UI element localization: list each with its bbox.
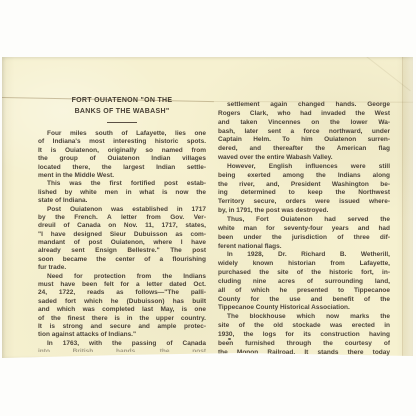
text-line: Need for protection from the Indians	[38, 273, 206, 281]
text-line: soon became the center of a flourishing	[38, 256, 206, 264]
page-title-line: FORT OUIATENON "ON THE	[38, 96, 206, 107]
text-line: already sent Ensign Bellestre." The post	[38, 247, 206, 255]
paragraph: Need for protection from the Indiansmust…	[38, 273, 206, 340]
text-line: of Indiana's most interesting historic s…	[38, 138, 206, 146]
text-line: Tippecanoe County Historical Association…	[218, 304, 390, 313]
paragraph: settlement again changed hands. GeorgeRo…	[218, 101, 390, 163]
paragraph: In 1928, Dr. Richard B. Wetherill,widely…	[218, 251, 390, 313]
text-line: and taken Vincennes on the lower Wa-	[218, 119, 390, 128]
text-line: Thus, Fort Ouiatenon had served the	[218, 216, 390, 225]
text-line: the river, and, President Washington be-	[218, 181, 390, 190]
pamphlet-page: FORT OUIATENON "ON THE BANKS OF THE WABA…	[2, 57, 413, 358]
text-line: Post Ouiatenon was established in 1717	[38, 206, 206, 214]
text-line: by, in 1791, the post was destroyed.	[218, 207, 390, 216]
text-line: tion against attacks of Indians."	[38, 331, 206, 339]
text-line: Territory secure, orders were issued whe…	[218, 198, 390, 207]
text-line: However, English influences were still	[218, 163, 390, 172]
text-line: the Monon Railroad. It stands there toda…	[218, 349, 390, 358]
paragraph: The blockhouse which now marks thesite o…	[218, 313, 390, 357]
text-line: into British hands, the post	[38, 348, 206, 352]
paragraph: Four miles south of Lafayette, lies oneo…	[38, 130, 206, 180]
text-line: all of which he presented to Tippecanoe	[218, 287, 390, 296]
paper-fold-shading	[403, 57, 413, 358]
text-line: of the finest there is in the upper coun…	[38, 315, 206, 323]
page-title: FORT OUIATENON "ON THE BANKS OF THE WABA…	[38, 96, 206, 123]
text-line: by the French. A letter from Gov. Ver-	[38, 214, 206, 222]
text-line: fur trade.	[38, 264, 206, 272]
left-column: Four miles south of Lafayette, lies oneo…	[38, 130, 206, 352]
text-line: been furnished through the courtesy of	[218, 340, 390, 349]
text-line: Rogers Clark, who had invaded the West	[218, 110, 390, 119]
text-line: Captain Helm. To him Ouiatenon surren-	[218, 136, 390, 145]
paragraph: In 1763, with the passing of Canadainto …	[38, 340, 206, 352]
text-line: being exerted among the Indians along	[218, 172, 390, 181]
paragraph: However, English influences were stillbe…	[218, 163, 390, 216]
text-line: In 1763, with the passing of Canada	[38, 340, 206, 348]
text-line: The blockhouse which now marks the	[218, 313, 390, 322]
text-line: been under the jurisdiction of three dif…	[218, 234, 390, 243]
text-line: 24, 1722, reads as follows—"The palli-	[38, 289, 206, 297]
text-line: ment in the Middle West.	[38, 172, 206, 180]
title-divider	[107, 122, 137, 123]
text-line: state of Indiana.	[38, 197, 206, 205]
paragraph: Post Ouiatenon was established in 1717by…	[38, 206, 206, 273]
text-line: mandant of post Ouiatenon, where I have	[38, 239, 206, 247]
text-line: This was the first fortified post estab-	[38, 180, 206, 188]
text-line: ferent national flags.	[218, 243, 390, 252]
text-line: It is Ouiatenon, originally so named fro…	[38, 147, 206, 155]
text-line: located there, the largest Indian settle…	[38, 164, 206, 172]
text-line: and which was completed last May, is one	[38, 306, 206, 314]
text-line: widely known historian from Lafayette,	[218, 260, 390, 269]
paragraph: This was the first fortified post estab-…	[38, 180, 206, 205]
text-line: purchased the site of the historic fort,…	[218, 269, 390, 278]
text-line: It is strong and secure and ample protec…	[38, 323, 206, 331]
text-line: must have been felt for a letter dated O…	[38, 281, 206, 289]
text-line: bash, later sent a force northward, unde…	[218, 128, 390, 137]
text-line: saded fort which he (Dubuisson) has buil…	[38, 298, 206, 306]
text-line: site of the old stockade was erected in	[218, 322, 390, 331]
text-line: Four miles south of Lafayette, lies one	[38, 130, 206, 138]
text-line: white man for seventy-four years and had	[218, 225, 390, 234]
page-title-line: BANKS OF THE WABASH"	[38, 107, 206, 118]
text-line: 1930, the logs for its construction havi…	[218, 331, 390, 340]
text-line: dered, and thereafter the American flag	[218, 145, 390, 154]
text-line: In 1928, Dr. Richard B. Wetherill,	[218, 251, 390, 260]
text-line: County for the use and benefit of the	[218, 296, 390, 305]
text-line: ing determined to keep the Northwest	[218, 189, 390, 198]
text-line: the group of Ouiatenon Indian villages	[38, 155, 206, 163]
scan-background: FORT OUIATENON "ON THE BANKS OF THE WABA…	[0, 0, 416, 416]
right-column: settlement again changed hands. GeorgeRo…	[218, 101, 390, 357]
paragraph: Thus, Fort Ouiatenon had served thewhite…	[218, 216, 390, 251]
text-line: settlement again changed hands. George	[218, 101, 390, 110]
text-line: dreuil of Canada on Nov. 11, 1717, state…	[38, 222, 206, 230]
text-line: lished by white men in what is now the	[38, 189, 206, 197]
text-line: "I have designed Sieur Dubuisson as com-	[38, 231, 206, 239]
text-line: cluding nine acres of surrounding land,	[218, 278, 390, 287]
text-line: waved over the entire Wabash Valley.	[218, 154, 390, 163]
